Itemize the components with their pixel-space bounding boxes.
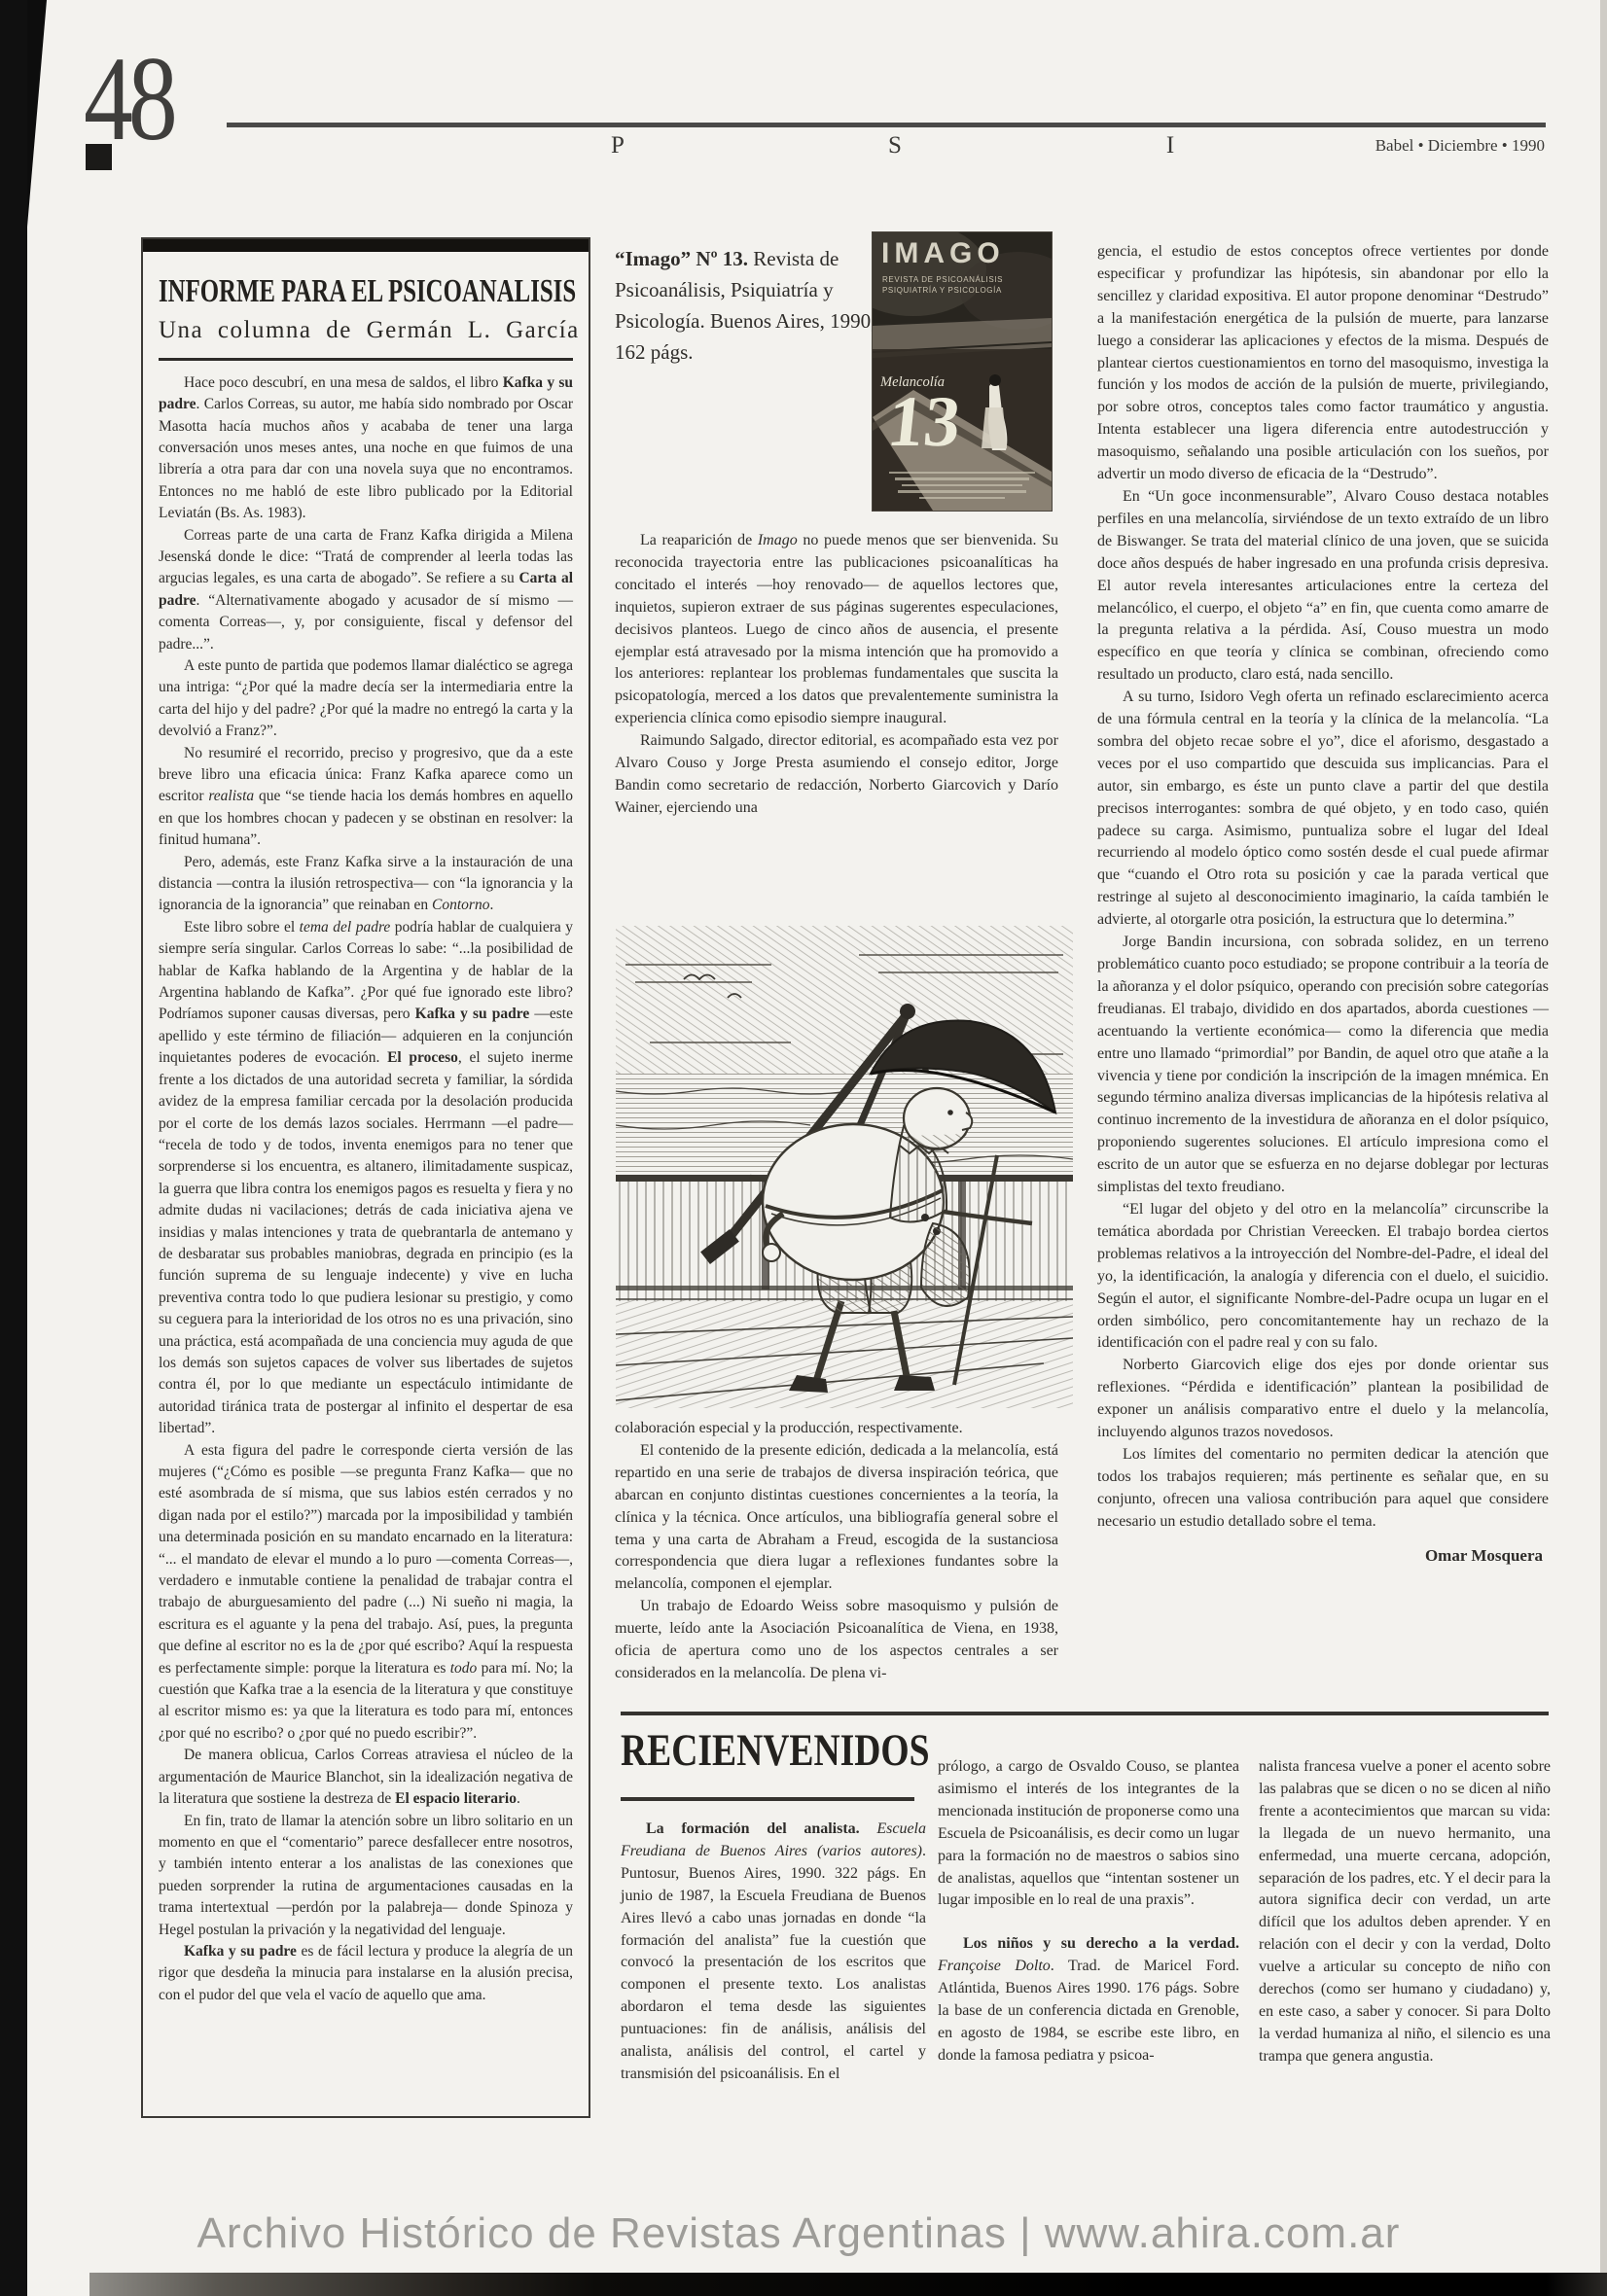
paragraph: A su turno, Isidoro Vegh oferta un refin… [1097,687,1549,932]
scan-right-edge [1600,0,1607,2296]
byline: Omar Mosquera [1097,1545,1549,1568]
article-title-rule [159,358,573,361]
paragraph: “Imago” Nº 13. Revista de Psicoanálisis,… [615,243,879,368]
paragraph: En fin, trato de llamar la atención sobr… [159,1811,573,1941]
paragraph: Un trabajo de Edoardo Weiss sobre masoqu… [615,1596,1058,1685]
paragraph: No resumiré el recorrido, preciso y prog… [159,743,573,852]
paragraph: A este punto de partida que podemos llam… [159,655,573,743]
recienvenidos-column-3: nalista francesa vuelve a poner el acent… [1259,1756,1551,2068]
scan-bottom-edge [89,2273,1607,2296]
magazine-cover-thumbnail: IMAGO REVISTA DE PSICOANÁLISIS PSIQUIATR… [872,231,1053,512]
scan-left-edge [0,0,27,2296]
article-box: INFORME PARA EL PSICOANALISIS Una column… [141,237,590,2118]
paragraph: Los niños y su derecho a la verdad. Fran… [938,1933,1239,2066]
cover-article-list-lines [873,468,1052,504]
paragraph: colaboración especial y la producción, r… [615,1418,1058,1440]
archive-watermark: Archivo Histórico de Revistas Argentinas… [0,2209,1597,2258]
paragraph: Pero, además, este Franz Kafka sirve a l… [159,852,573,917]
paragraph: A esta figura del padre le corresponde c… [159,1440,573,1746]
section-letter-p: P [603,132,632,159]
paragraph: El contenido de la presente edición, ded… [615,1440,1058,1596]
engraving-illustration [616,926,1073,1408]
cover-subtitle-line1: REVISTA DE PSICOANÁLISIS [882,274,1038,285]
paragraph: Correas parte de una carta de Franz Kafk… [159,525,573,655]
recienvenidos-heading-text: RECIENVENIDOS [621,1723,930,1778]
recienvenidos-top-rule [621,1712,1549,1715]
paragraph: “El lugar del objeto y del otro en la me… [1097,1199,1549,1355]
paragraph: Jorge Bandin incursiona, con sobrada sol… [1097,932,1549,1199]
recienvenidos-heading-rule [621,1797,914,1801]
paragraph: Los límites del comentario no permiten d… [1097,1444,1549,1534]
paragraph: Raimundo Salgado, director editorial, es… [615,730,1058,820]
article-box-top-bar [143,239,589,252]
recienvenidos-column-1: La formación del analista. Escuela Freud… [621,1819,926,2086]
page-number: 48 [84,39,173,159]
magazine-page: 48 P S I Babel • Diciembre • 1990 INFORM… [0,0,1607,2296]
masthead: Babel • Diciembre • 1990 [1206,136,1545,156]
article-title: INFORME PARA EL PSICOANALISIS [159,274,462,309]
paragraph: Norberto Giarcovich elige dos ejes por d… [1097,1355,1549,1444]
paragraph: nalista francesa vuelve a poner el acent… [1259,1756,1551,2068]
cover-title: IMAGO [881,237,1005,270]
recienvenidos-column-2: prólogo, a cargo de Osvaldo Couso, se pl… [938,1756,1239,2067]
paragraph: gencia, el estudio de estos conceptos of… [1097,241,1549,486]
paragraph: La reaparición de Imago no puede menos q… [615,530,1058,730]
review-column-middle-top: La reaparición de Imago no puede menos q… [615,530,1058,820]
review-column-right: gencia, el estudio de estos conceptos of… [1097,241,1549,1567]
cover-issue-number: 13 [884,386,964,458]
cover-subtitle-line2: PSIQUIATRÍA Y PSICOLOGÍA [882,285,1038,296]
article-body: Hace poco descubrí, en una mesa de saldo… [159,372,575,2006]
cover-subtitle: REVISTA DE PSICOANÁLISIS PSIQUIATRÍA Y P… [882,274,1038,296]
review-column-middle-bottom: colaboración especial y la producción, r… [615,1418,1058,1685]
article-subtitle: Una columna de Germán L. García [159,317,575,344]
section-letter-s: S [880,132,910,159]
paragraph: Hace poco descubrí, en una mesa de saldo… [159,372,573,525]
paragraph: En “Un goce inconmensurable”, Alvaro Cou… [1097,486,1549,687]
header-rule [227,123,1546,127]
paragraph: Este libro sobre el tema del padre podrí… [159,917,573,1440]
review-right-paragraphs: gencia, el estudio de estos conceptos of… [1097,241,1549,1534]
section-letter-i: I [1156,132,1185,159]
paragraph: Kafka y su padre es de fácil lectura y p… [159,1941,573,2006]
paragraph: La formación del analista. Escuela Freud… [621,1819,926,2086]
paragraph: prólogo, a cargo de Osvaldo Couso, se pl… [938,1756,1239,1912]
paragraph: De manera oblicua, Carlos Correas atravi… [159,1745,573,1810]
review-citation: “Imago” Nº 13. Revista de Psicoanálisis,… [615,243,879,368]
